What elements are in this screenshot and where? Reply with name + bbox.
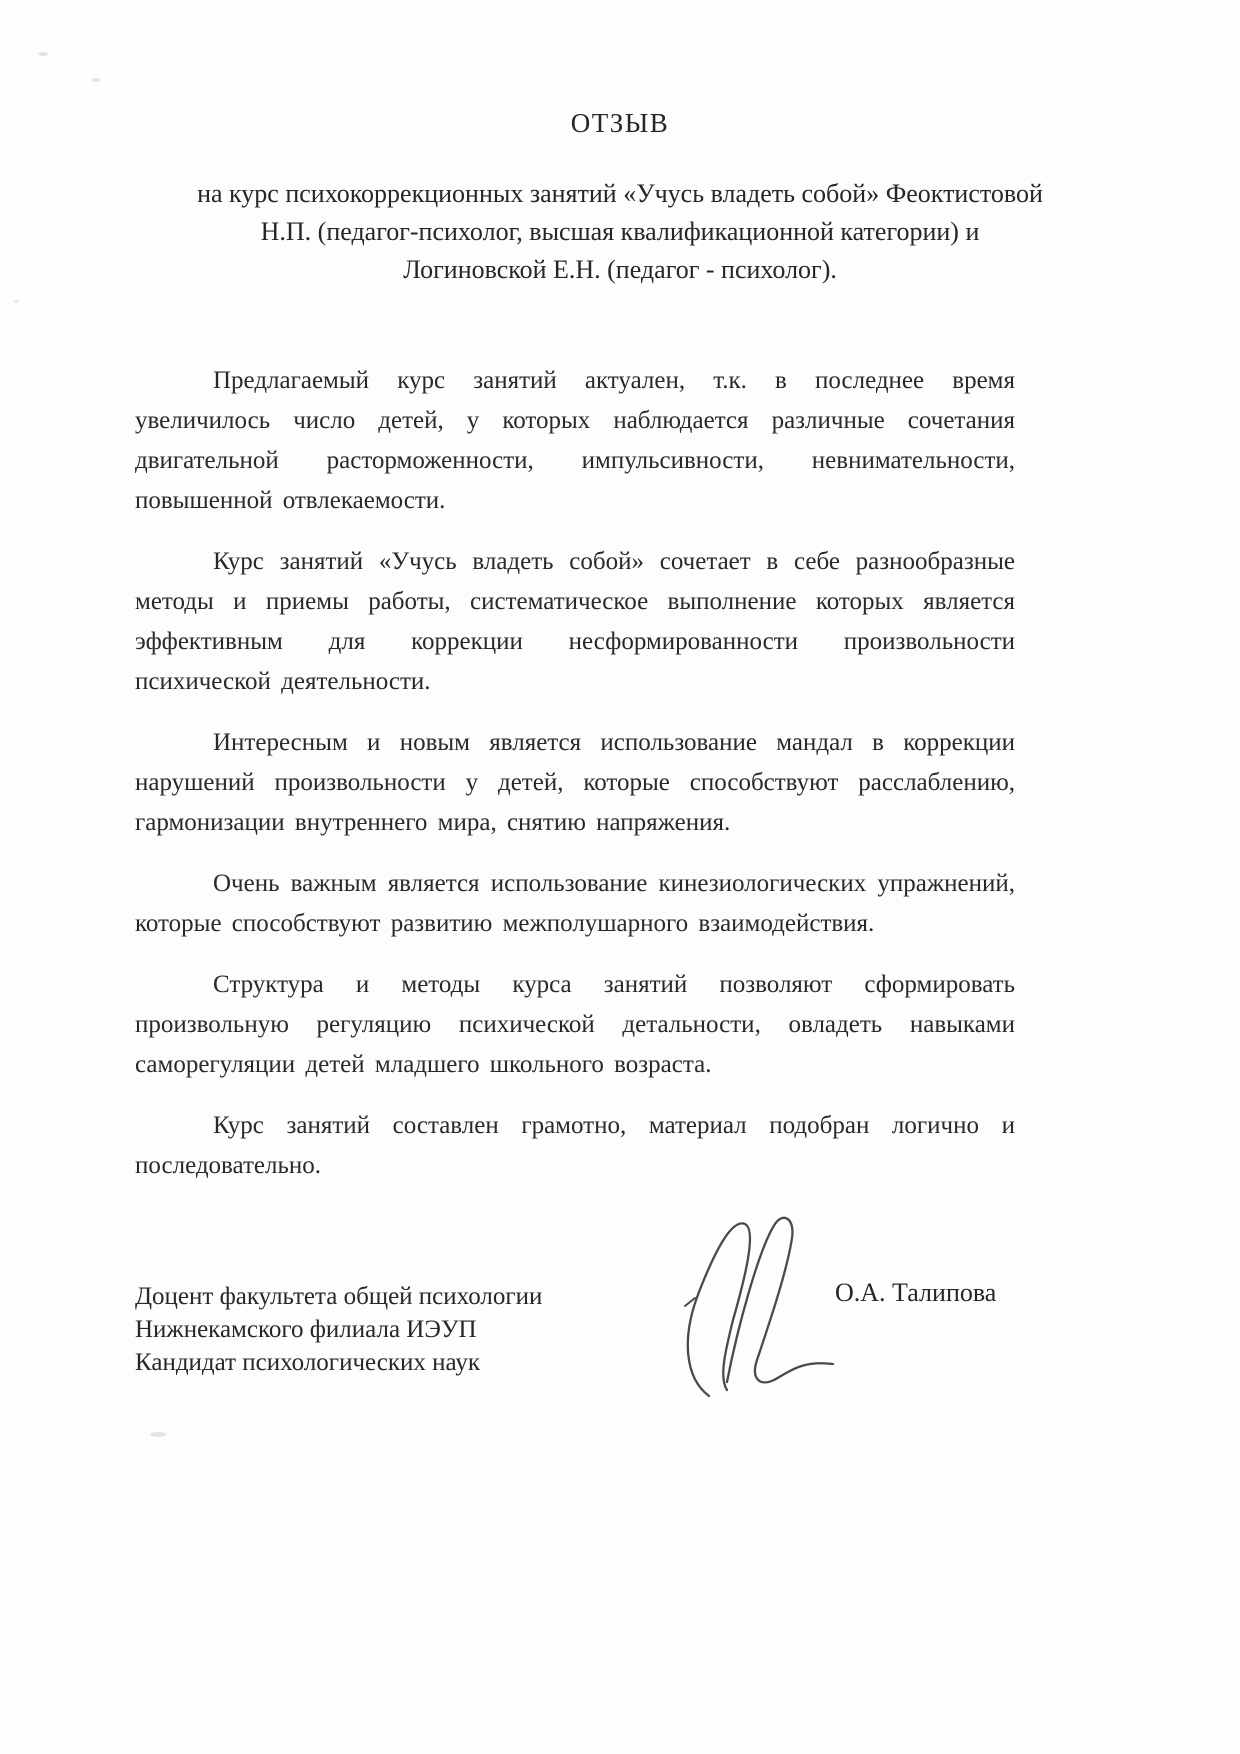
subtitle-line: на курс психокоррекционных занятий «Учус… (155, 175, 1085, 213)
paragraph-5: Структура и методы курса занятий позволя… (135, 965, 1015, 1085)
subtitle-line: Н.П. (педагог-психолог, высшая квалифика… (155, 213, 1085, 251)
signer-position-line: Нижнекамского филиала ИЭУП (135, 1313, 542, 1346)
handwritten-signature (675, 1210, 840, 1405)
subtitle-line: Логиновской Е.Н. (педагог - психолог). (155, 251, 1085, 289)
scan-speck (38, 52, 48, 56)
paragraph-6: Курс занятий составлен грамотно, материа… (135, 1106, 1015, 1186)
paragraph-2: Курс занятий «Учусь владеть собой» сочет… (135, 542, 1015, 702)
document-subtitle: на курс психокоррекционных занятий «Учус… (155, 175, 1085, 289)
document-body: Предлагаемый курс занятий актуален, т.к.… (135, 361, 1015, 1186)
scan-speck (92, 78, 100, 82)
document-page: ОТЗЫВ на курс психокоррекционных занятий… (0, 0, 1240, 1754)
paragraph-1: Предлагаемый курс занятий актуален, т.к.… (135, 361, 1015, 521)
signature-block: Доцент факультета общей психологии Нижне… (135, 1280, 1015, 1480)
document-title: ОТЗЫВ (0, 0, 1240, 139)
signer-name: О.А. Талипова (835, 1278, 996, 1308)
signer-position: Доцент факультета общей психологии Нижне… (135, 1280, 542, 1379)
paragraph-4: Очень важным является использование кине… (135, 864, 1015, 944)
scan-speck (14, 300, 19, 303)
signer-position-line: Доцент факультета общей психологии (135, 1280, 542, 1313)
signer-position-line: Кандидат психологических наук (135, 1346, 542, 1379)
paragraph-3: Интересным и новым является использовани… (135, 723, 1015, 843)
